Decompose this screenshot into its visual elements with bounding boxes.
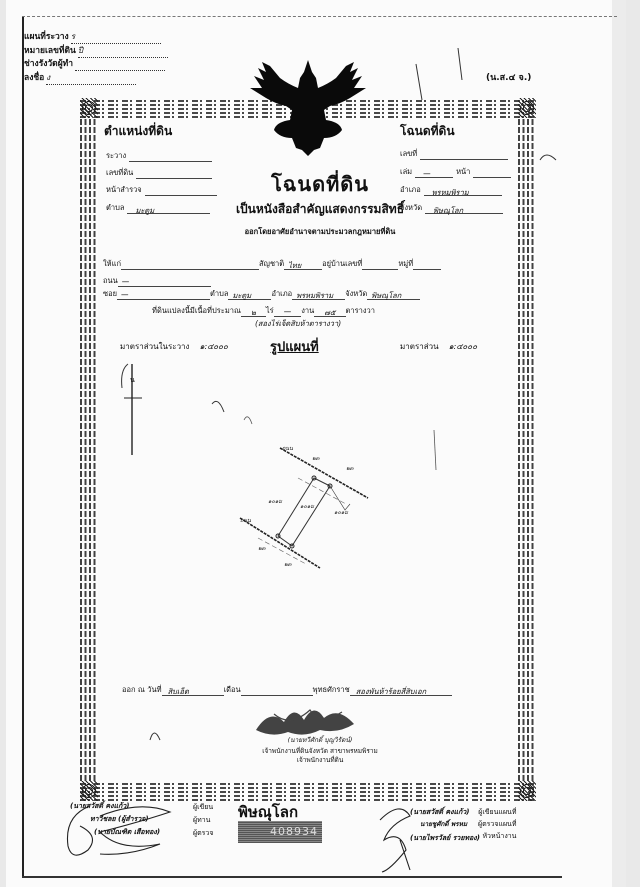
border-corner-ornament [518,98,536,118]
north-arrow-icon: น [120,360,150,460]
serial-number: 408934 [238,821,322,843]
owner-row-2: ถนน— [103,275,211,287]
issue-date-row: ออก ณ วันที่สิบเอ็ด เดือน พุทธศักราชสองพ… [122,684,452,696]
garuda-emblem-icon [244,58,372,158]
svg-text:ถนน: ถนน [282,446,293,452]
document-subtitle: เป็นหนังสือสำคัญแสดงกรรมสิทธิ์ [0,200,640,219]
form-code: (น.ส.๔ จ.) [486,70,531,84]
document-authority: ออกโดยอาศัยอำนาจตามประมวลกฎหมายที่ดิน [0,226,640,238]
scale-in-sheet: มาตราส่วนในระวาง๑:๔๐๐๐ [120,340,228,353]
owner-row-3: ซอย— ตำบลมะตูม อำเภอพรหมพิราม จังหวัดพิษ… [103,288,420,300]
footer-right-signers: (นายสวัสดิ์ คงแก้ว) นายชูศักดิ์ พรหม (นา… [410,806,480,844]
official-seal-signature [250,700,360,740]
header-field: หมายเลขที่ดินปี [24,44,168,58]
svg-text:ถนน: ถนน [240,518,251,524]
land-plot-diagram: ถนน ถนน ๑๐๑ม ๑๐๑ม ๑๐๑ม ๒๓ ๒๓ ๒๓ ๒๓ [220,440,380,580]
border-corner-ornament [80,98,98,118]
outer-frame-top [22,16,617,18]
document-title: โฉนดที่ดิน [0,168,640,200]
svg-text:๒๓: ๒๓ [258,546,267,552]
map-scale: มาตราส่วน๑:๔๐๐๐ [400,340,477,353]
header-field: แผนที่ระวางร [24,30,168,44]
land-location-title: ตำแหน่งที่ดิน [104,122,172,141]
owner-row-1: ให้แก่ สัญชาติไทย อยู่บ้านเลขที่ หมู่ที่ [103,258,441,270]
officer-role: เจ้าพนักงานที่ดิน [0,755,640,765]
header-field: ช่างรังวัดผู้ทำ [24,58,168,71]
footer-left-signers: (นายสวัสดิ์ คงแก้ว) ทาวีชลย (ผู้สำรวจ) (… [70,800,160,839]
survey-header: แผนที่ระวางร หมายเลขที่ดินปี ช่างรังวัดผ… [24,30,168,85]
border-corner-ornament [80,781,98,801]
svg-text:๑๐๑ม: ๑๐๑ม [268,499,282,505]
svg-text:๑๐๑ม: ๑๐๑ม [300,504,314,510]
border-corner-ornament [518,781,536,801]
decorative-border-bottom [80,781,536,801]
land-area-in-words: (สองไร่เจ็ดสิบห้าตารางวา) [255,318,341,330]
header-field: ลงชื่อง [24,71,168,85]
footer-left-roles: ผู้เขียน ผู้ทาน ผู้ตรวจ [193,801,213,840]
outer-frame-bottom [22,876,562,878]
map-title: รูปแผนที่ [270,336,319,357]
svg-text:๒๓: ๒๓ [284,562,293,568]
deed-box-title: โฉนดที่ดิน [400,122,455,141]
svg-text:น: น [130,376,135,384]
land-area-row: ที่ดินแปลงนี้มีเนื้อที่ประมาณ ๒ไร่ —งาน … [152,305,375,317]
officer-name: (นายทวีศักดิ์ บุญวิรัตน์) [0,735,640,745]
deed-number-field: เลขที่ [400,148,508,160]
land-location-field: ระวาง [106,150,212,162]
svg-text:๑๐๑ม: ๑๐๑ม [334,510,348,516]
svg-text:๒๓: ๒๓ [346,466,355,472]
svg-text:๒๓: ๒๓ [312,456,321,462]
footer-right-roles: ผู้เขียนแผนที่ ผู้ตรวจแผนที่ หัวหน้างาน [478,806,516,842]
